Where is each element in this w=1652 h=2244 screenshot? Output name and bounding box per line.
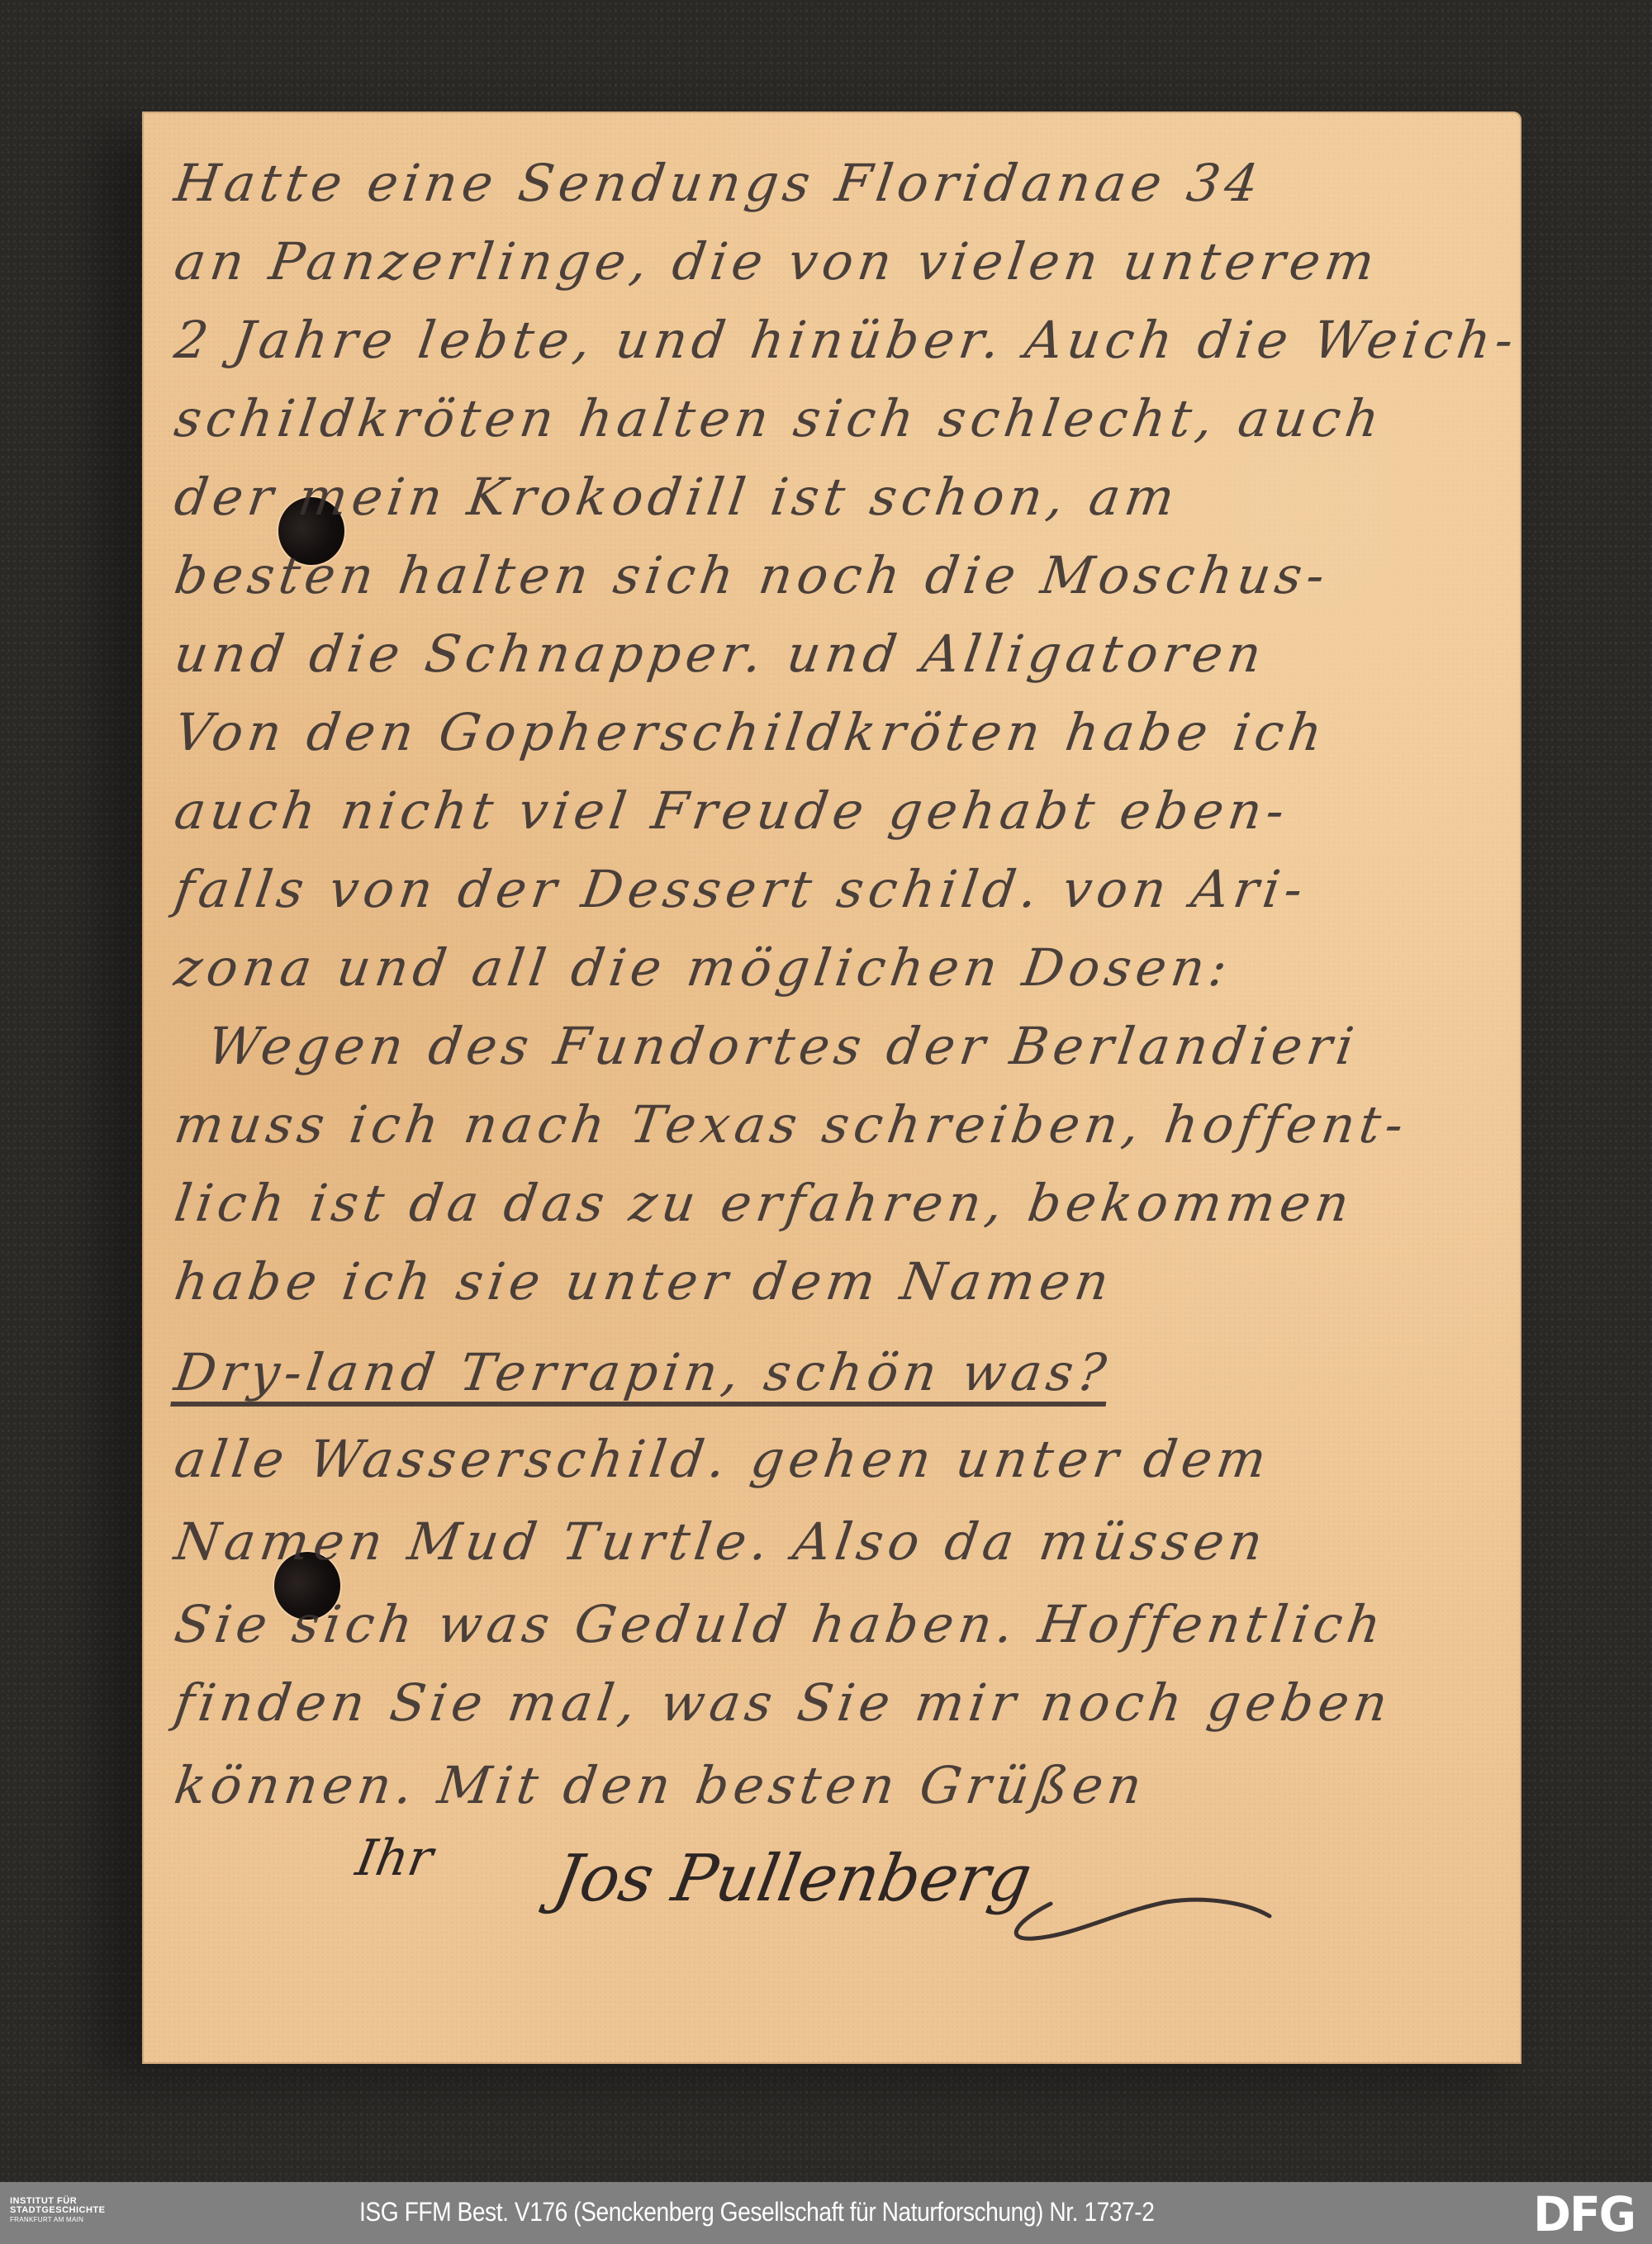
archive-reference: ISG FFM Best. V176 (Senckenberg Gesellsc… [359, 2197, 1154, 2227]
signature-flourish-icon [1001, 1887, 1274, 1945]
text-line: Namen Mud Turtle. Also da müssen [171, 1511, 1271, 1572]
text-line: muss ich nach Texas schreiben, hoffent- [171, 1094, 1412, 1155]
text-line: Von den Gopherschildkröten habe ich [171, 702, 1331, 762]
signature: Jos Pullenberg [548, 1842, 1037, 1916]
text-line: der mein Krokodill ist schon, am [171, 467, 1183, 527]
text-line: zona und all die möglichen Dosen: [171, 937, 1236, 998]
underlined-phrase: Dry-land Terrapin, schön was? [171, 1342, 1115, 1402]
text-line: Wegen des Fundortes der Berlandieri [204, 1016, 1362, 1076]
text-line: schildkröten halten sich schlecht, auch [171, 388, 1388, 448]
text-line: können. Mit den besten Grüßen [171, 1755, 1151, 1815]
text-line: an Panzerlinge, die von vielen unterem [171, 231, 1383, 292]
text-line: falls von der Dessert schild. von Ari- [171, 859, 1311, 919]
isg-logo: INSTITUT FÜR STADTGESCHICHTE FRANKFURT A… [10, 2197, 105, 2223]
text-line: auch nicht viel Freude gehabt eben- [171, 780, 1294, 841]
text-line-underlined: Dry-land Terrapin, schön was? [171, 1342, 1115, 1402]
text-line: alle Wasserschild. gehen unter dem [171, 1429, 1275, 1489]
text-line: Sie sich was Geduld haben. Hoffentlich [171, 1594, 1389, 1654]
signature-prefix: Ihr [352, 1829, 437, 1887]
text-line: Hatte eine Sendungs Floridanae 34 [171, 153, 1267, 213]
postcard: Hatte eine Sendungs Floridanae 34 an Pan… [142, 111, 1521, 2064]
text-line: habe ich sie unter dem Namen [171, 1251, 1118, 1312]
institution-line-3: FRANKFURT AM MAIN [10, 2217, 105, 2223]
text-line: und die Schnapper. und Alligatoren [171, 624, 1270, 684]
text-line: lich ist da das zu erfahren, bekommen [171, 1173, 1358, 1233]
text-line: finden Sie mal, was Sie mir noch geben [171, 1672, 1396, 1733]
text-line: besten halten sich noch die Moschus- [171, 545, 1333, 605]
dfg-logo: DFG [1533, 2190, 1635, 2238]
institution-line-2: STADTGESCHICHTE [10, 2206, 105, 2215]
archive-footer: INSTITUT FÜR STADTGESCHICHTE FRANKFURT A… [0, 2182, 1652, 2244]
text-line: 2 Jahre lebte, und hinüber. Auch die Wei… [171, 310, 1522, 370]
